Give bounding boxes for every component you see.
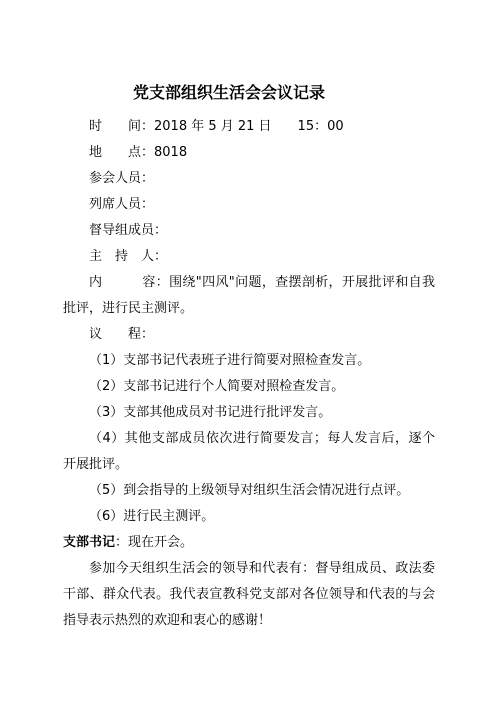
attendees-line: 参会人员： [63,166,435,192]
speaker-name: 支部书记 [63,535,115,550]
content-line: 内 容：围绕"四风"问题，查摆剖析，开展批评和自我批评，进行民主测评。 [63,270,435,322]
time-line: 时 间：2018 年 5 月 21 日 15：00 [63,114,435,140]
agenda-label-line: 议 程： [63,322,435,348]
host-line: 主 持 人： [63,244,435,270]
document-title: 党支部组织生活会会议记录 [63,80,435,106]
agenda-item-5: （5）到会指导的上级领导对组织生活会情况进行点评。 [63,478,435,504]
place-line: 地 点：8018 [63,140,435,166]
agenda-item-3: （3）支部其他成员对书记进行批评发言。 [63,400,435,426]
supervisors-line: 督导组成员： [63,218,435,244]
speaker-text: ：现在开会。 [115,535,193,550]
document-page: 党支部组织生活会会议记录 时 间：2018 年 5 月 21 日 15：00 地… [0,0,496,702]
speaker-line: 支部书记：现在开会。 [63,530,435,556]
agenda-item-6: （6）进行民主测评。 [63,504,435,530]
agenda-item-2: （2）支部书记进行个人简要对照检查发言。 [63,374,435,400]
agenda-item-4: （4）其他支部成员依次进行简要发言；每人发言后，逐个开展批评。 [63,426,435,478]
document-content: 党支部组织生活会会议记录 时 间：2018 年 5 月 21 日 15：00 地… [63,0,435,634]
observers-line: 列席人员： [63,192,435,218]
agenda-item-1: （1）支部书记代表班子进行简要对照检查发言。 [63,348,435,374]
speech-paragraph: 参加今天组织生活会的领导和代表有：督导组成员、政法委干部、群众代表。我代表宣教科… [63,556,435,634]
